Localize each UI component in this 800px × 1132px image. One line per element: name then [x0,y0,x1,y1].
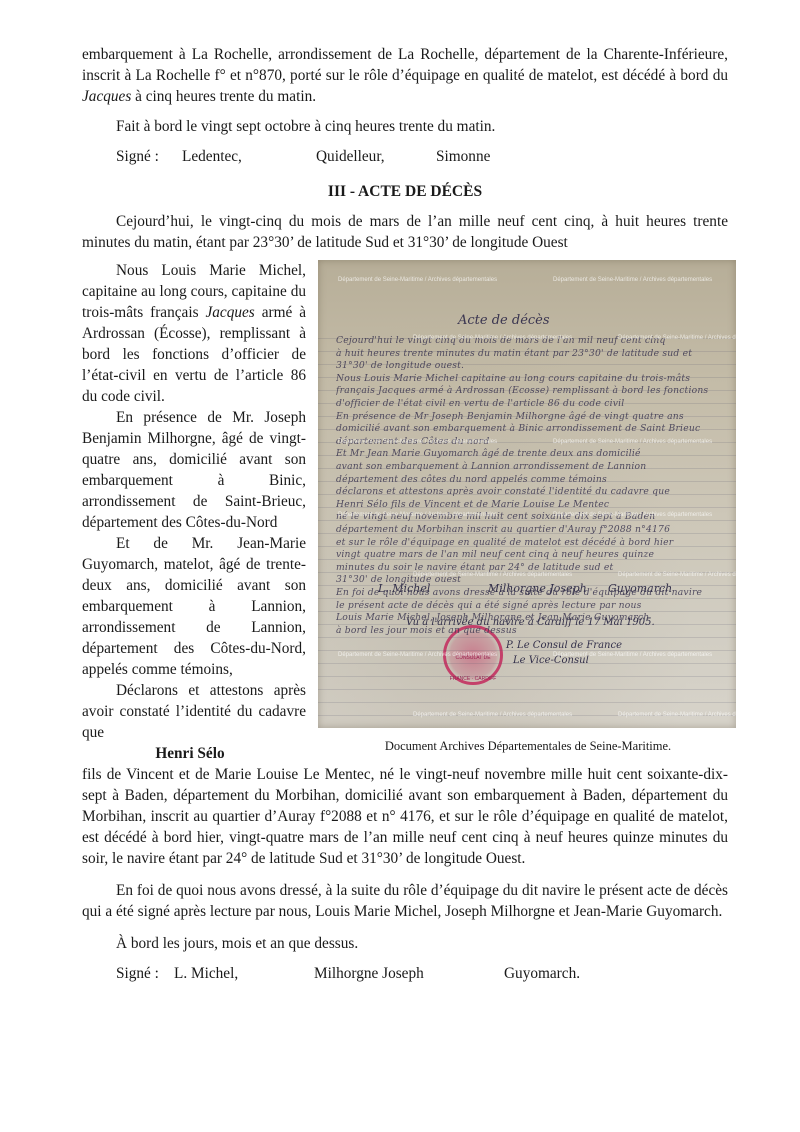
signed-label: Signé : [116,146,182,167]
signed-label: Signé : [116,963,174,984]
archive-watermark: Département de Seine-Maritime / Archives… [618,328,736,349]
opening-paragraph: Cejourd’hui, le vingt-cinq du mois de ma… [82,211,728,253]
signature-3: Simonne [436,146,490,167]
deceased-details-paragraph: fils de Vincent et de Marie Louise Le Me… [82,764,728,869]
archive-watermark: Département de Seine-Maritime / Archives… [553,270,712,291]
ship-name: Jacques [205,304,254,321]
signature-milhorgne: Milhorgne Joseph [314,963,504,984]
done-at-line: Fait à bord le vingt sept octobre à cinq… [82,116,728,137]
archive-scan-image: Acte de décès CONSULAT DE FRANCE · CARDI… [318,260,736,728]
section-heading: III - ACTE DE DÉCÈS [82,181,728,202]
archive-watermark: Département de Seine-Maritime / Archives… [553,645,712,666]
signature-guyomarch: Guyomarch. [504,963,580,984]
intro-signatures: Signé : Ledentec, Quidelleur, Simonne [82,146,728,167]
archive-watermark: Département de Seine-Maritime / Archives… [338,270,497,291]
archive-watermark: Département de Seine-Maritime / Archives… [413,705,572,726]
signature-2: Quidelleur, [316,146,436,167]
handwritten-annotation: Vu à l'arrivée du navire à Cardiff le 17… [406,612,655,633]
document-page: embarquement à La Rochelle, arrondisseme… [82,44,728,984]
aboard-line: À bord les jours, mois et an que dessus. [82,933,728,954]
archive-watermark: Département de Seine-Maritime / Archives… [553,432,712,453]
archive-watermark: Département de Seine-Maritime / Archives… [618,565,736,586]
ship-name: Jacques [82,88,131,105]
archive-watermark: Département de Seine-Maritime / Archives… [618,705,736,726]
archive-watermark: Département de Seine-Maritime / Archives… [553,505,712,526]
archive-figure: Acte de décès CONSULAT DE FRANCE · CARDI… [318,260,738,754]
signature-1: Ledentec, [182,146,316,167]
archive-watermark: Département de Seine-Maritime / Archives… [413,565,572,586]
in-faith-paragraph: En foi de quoi nous avons dressé, à la s… [82,880,728,922]
final-signatures: Signé : L. Michel, Milhorgne Joseph Guyo… [82,963,728,984]
figure-caption: Document Archives Départementales de Sei… [318,738,738,754]
archive-watermark: Département de Seine-Maritime / Archives… [338,432,497,453]
intro-paragraph: embarquement à La Rochelle, arrondisseme… [82,44,728,107]
archive-watermark: Département de Seine-Maritime / Archives… [338,505,497,526]
archive-watermark: Département de Seine-Maritime / Archives… [338,645,497,666]
signature-michel: L. Michel, [174,963,314,984]
deceased-name: Henri Sélo [82,743,298,764]
archive-watermark: Département de Seine-Maritime / Archives… [413,328,572,349]
